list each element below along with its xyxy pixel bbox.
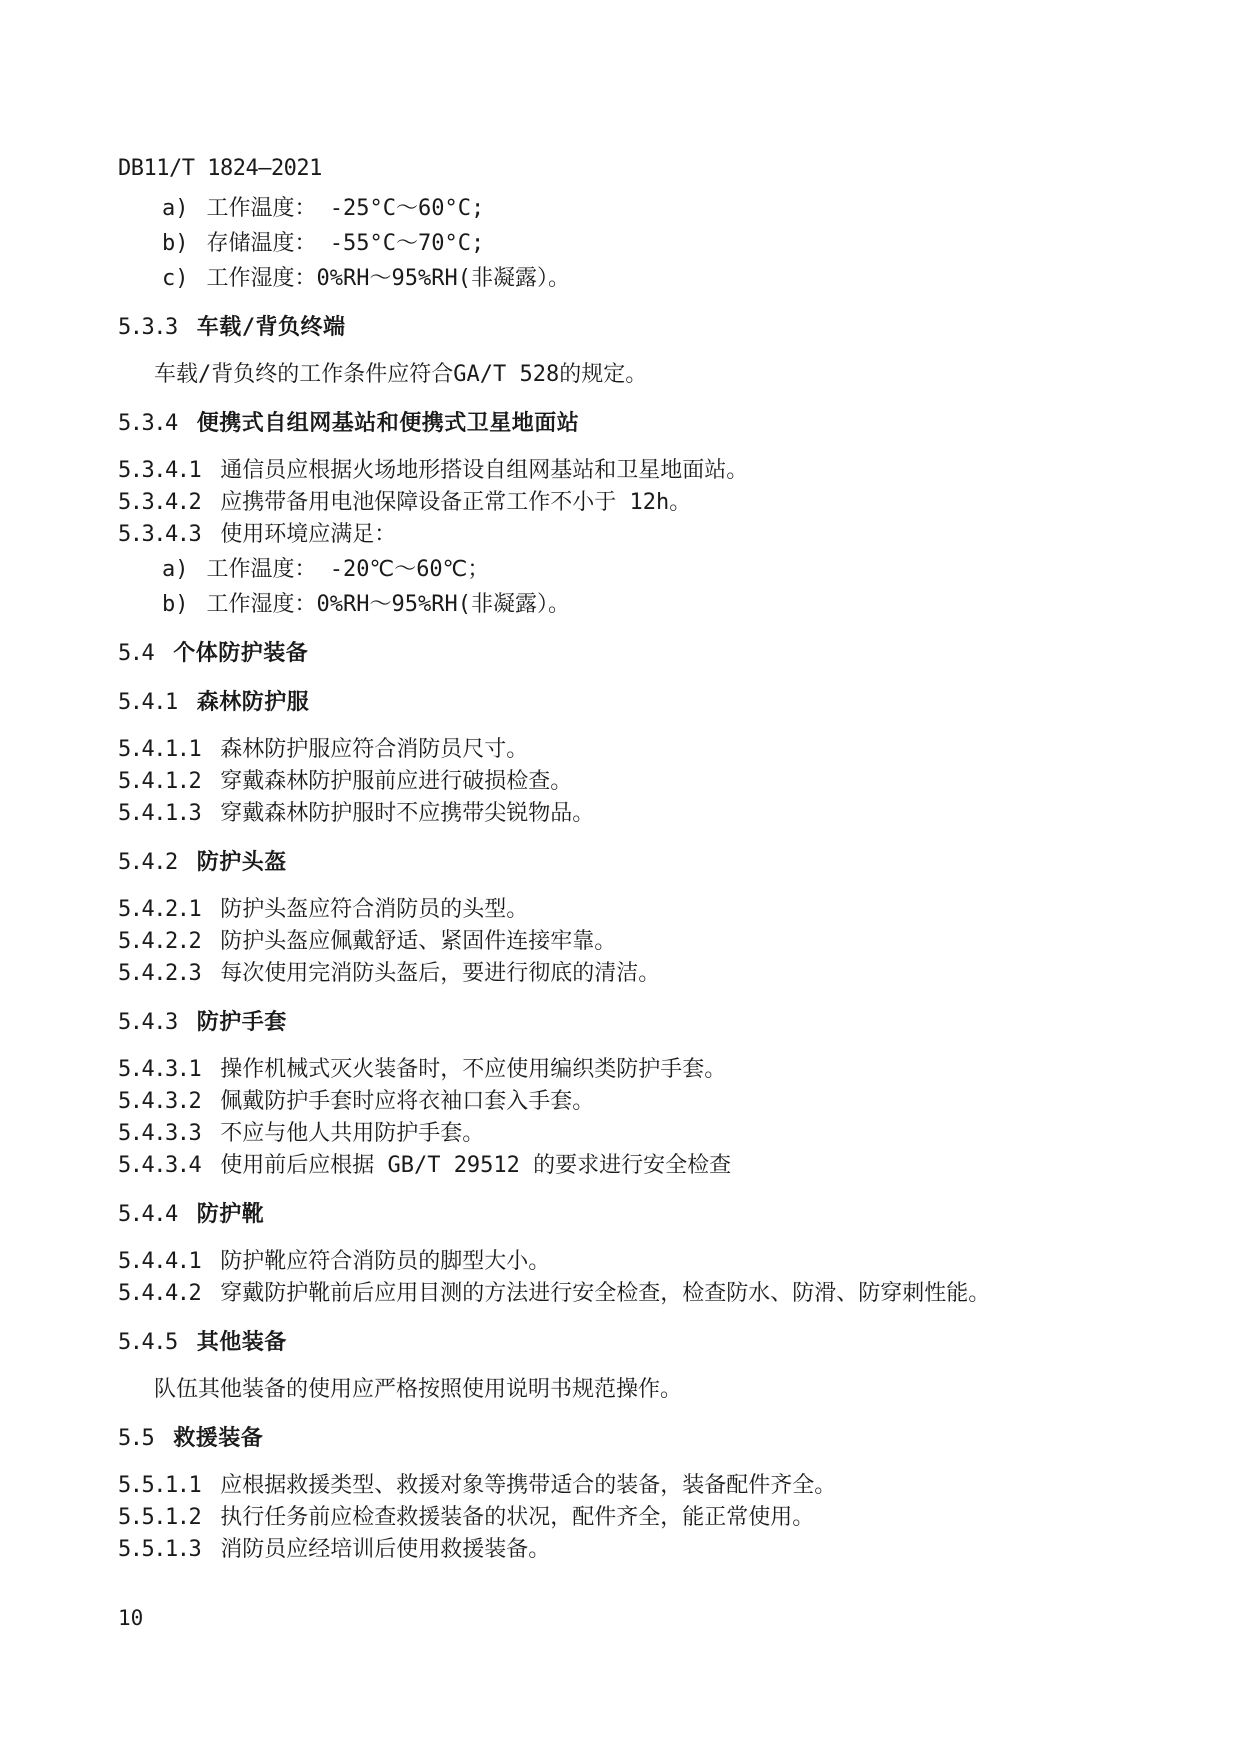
clause-text: 操作机械式灭火装备时，不应使用编织类防护手套。 xyxy=(220,1057,726,1082)
section-number: 5.4.3 xyxy=(118,1007,177,1039)
section-heading: 5.3.3车载/背负终端 xyxy=(118,312,1180,344)
clause-number: 5.4.3.3 xyxy=(118,1118,200,1150)
clause-text: 使用前后应根据 GB/T 29512 的要求进行安全检查 xyxy=(220,1153,731,1178)
section-number: 5.3.4 xyxy=(118,408,177,440)
clause-text: 应携带备用电池保障设备正常工作不小于 12h。 xyxy=(220,490,691,515)
section-number: 5.4.4 xyxy=(118,1199,177,1231)
clause-text: 每次使用完消防头盔后，要进行彻底的清洁。 xyxy=(220,961,660,986)
list-item: b)存储温度： -55°C～70°C; xyxy=(118,228,1180,260)
clause-text: 穿戴防护靴前后应用目测的方法进行安全检查，检查防水、防滑、防穿刺性能。 xyxy=(220,1281,990,1306)
clause-text: 防护头盔应符合消防员的头型。 xyxy=(220,897,528,922)
clause-line: 5.3.4.3使用环境应满足： xyxy=(118,519,1180,551)
clause-text: 通信员应根据火场地形搭设自组网基站和卫星地面站。 xyxy=(220,458,748,483)
clause-line: 5.4.4.1防护靴应符合消防员的脚型大小。 xyxy=(118,1246,1180,1278)
list-item-label: c) xyxy=(162,263,189,295)
section-title: 救援装备 xyxy=(173,1426,263,1451)
clause-number: 5.5.1.3 xyxy=(118,1534,200,1566)
list-item-text: 工作湿度：0%RH～95%RH(非凝露）。 xyxy=(207,592,570,617)
list-item-label: a) xyxy=(162,554,189,586)
clause-text: 消防员应经培训后使用救援装备。 xyxy=(220,1537,550,1562)
clause-number: 5.4.1.1 xyxy=(118,734,200,766)
section-heading: 5.4.1森林防护服 xyxy=(118,687,1180,719)
list-item-label: a) xyxy=(162,193,189,225)
section-number: 5.4 xyxy=(118,638,153,670)
section-number: 5.3.3 xyxy=(118,312,177,344)
section-heading: 5.4.2防护头盔 xyxy=(118,847,1180,879)
section-number: 5.4.5 xyxy=(118,1327,177,1359)
section-title: 防护头盔 xyxy=(197,850,287,875)
clause-text: 穿戴森林防护服时不应携带尖锐物品。 xyxy=(220,801,594,826)
section-heading: 5.3.4便携式自组网基站和便携式卫星地面站 xyxy=(118,408,1180,440)
clause-line: 5.4.2.3每次使用完消防头盔后，要进行彻底的清洁。 xyxy=(118,958,1180,990)
list-item-text: 工作温度： -25°C～60°C; xyxy=(207,196,485,221)
page-number: 10 xyxy=(118,1604,143,1632)
document-page: DB11/T 1824—2021 a)工作温度： -25°C～60°C;b)存储… xyxy=(0,0,1240,1755)
section-heading: 5.5救援装备 xyxy=(118,1423,1180,1455)
clause-line: 5.4.1.3穿戴森林防护服时不应携带尖锐物品。 xyxy=(118,798,1180,830)
list-item-text: 工作湿度：0%RH～95%RH(非凝露）。 xyxy=(207,266,570,291)
paragraph: 队伍其他装备的使用应严格按照使用说明书规范操作。 xyxy=(118,1374,1180,1406)
list-item-label: b) xyxy=(162,589,189,621)
list-item-label: b) xyxy=(162,228,189,260)
clause-number: 5.4.1.2 xyxy=(118,766,200,798)
clause-number: 5.4.4.1 xyxy=(118,1246,200,1278)
clause-text: 执行任务前应检查救援装备的状况，配件齐全，能正常使用。 xyxy=(220,1505,814,1530)
clause-line: 5.4.1.1森林防护服应符合消防员尺寸。 xyxy=(118,734,1180,766)
section-title: 个体防护装备 xyxy=(173,641,308,666)
clause-number: 5.4.3.1 xyxy=(118,1054,200,1086)
clause-line: 5.4.3.4使用前后应根据 GB/T 29512 的要求进行安全检查 xyxy=(118,1150,1180,1182)
list-item: a)工作温度： -25°C～60°C; xyxy=(118,193,1180,225)
section-heading: 5.4个体防护装备 xyxy=(118,638,1180,670)
clause-line: 5.4.3.1操作机械式灭火装备时，不应使用编织类防护手套。 xyxy=(118,1054,1180,1086)
paragraph: 车载/背负终的工作条件应符合GA/T 528的规定。 xyxy=(118,359,1180,391)
list-item: c)工作湿度：0%RH～95%RH(非凝露）。 xyxy=(118,263,1180,295)
clause-text: 穿戴森林防护服前应进行破损检查。 xyxy=(220,769,572,794)
clause-line: 5.5.1.2执行任务前应检查救援装备的状况，配件齐全，能正常使用。 xyxy=(118,1502,1180,1534)
clause-number: 5.4.3.2 xyxy=(118,1086,200,1118)
clause-number: 5.4.2.2 xyxy=(118,926,200,958)
clause-text: 不应与他人共用防护手套。 xyxy=(220,1121,484,1146)
clause-line: 5.5.1.3消防员应经培训后使用救援装备。 xyxy=(118,1534,1180,1566)
document-body: a)工作温度： -25°C～60°C;b)存储温度： -55°C～70°C;c)… xyxy=(118,193,1180,1566)
clause-text: 防护头盔应佩戴舒适、紧固件连接牢靠。 xyxy=(220,929,616,954)
section-heading: 5.4.5其他装备 xyxy=(118,1327,1180,1359)
section-title: 防护手套 xyxy=(197,1010,287,1035)
section-number: 5.4.2 xyxy=(118,847,177,879)
list-item-text: 工作温度： -20℃～60℃； xyxy=(207,557,490,582)
document-code: DB11/T 1824—2021 xyxy=(118,153,1180,185)
section-heading: 5.4.3防护手套 xyxy=(118,1007,1180,1039)
clause-line: 5.4.2.2防护头盔应佩戴舒适、紧固件连接牢靠。 xyxy=(118,926,1180,958)
section-title: 车载/背负终端 xyxy=(197,315,346,340)
section-title: 森林防护服 xyxy=(197,690,310,715)
clause-number: 5.3.4.3 xyxy=(118,519,200,551)
list-item: b)工作湿度：0%RH～95%RH(非凝露）。 xyxy=(118,589,1180,621)
clause-line: 5.4.4.2穿戴防护靴前后应用目测的方法进行安全检查，检查防水、防滑、防穿刺性… xyxy=(118,1278,1180,1310)
clause-number: 5.5.1.1 xyxy=(118,1470,200,1502)
section-title: 其他装备 xyxy=(197,1330,287,1355)
list-item-text: 存储温度： -55°C～70°C; xyxy=(207,231,485,256)
clause-number: 5.3.4.2 xyxy=(118,487,200,519)
clause-text: 森林防护服应符合消防员尺寸。 xyxy=(220,737,528,762)
clause-text: 防护靴应符合消防员的脚型大小。 xyxy=(220,1249,550,1274)
clause-line: 5.4.1.2穿戴森林防护服前应进行破损检查。 xyxy=(118,766,1180,798)
section-title: 便携式自组网基站和便携式卫星地面站 xyxy=(197,411,580,436)
list-item: a)工作温度： -20℃～60℃； xyxy=(118,554,1180,586)
clause-line: 5.4.3.3不应与他人共用防护手套。 xyxy=(118,1118,1180,1150)
clause-number: 5.3.4.1 xyxy=(118,455,200,487)
section-number: 5.4.1 xyxy=(118,687,177,719)
section-heading: 5.4.4防护靴 xyxy=(118,1199,1180,1231)
section-number: 5.5 xyxy=(118,1423,153,1455)
clause-number: 5.4.3.4 xyxy=(118,1150,200,1182)
clause-text: 应根据救援类型、救援对象等携带适合的装备，装备配件齐全。 xyxy=(220,1473,836,1498)
clause-line: 5.3.4.1通信员应根据火场地形搭设自组网基站和卫星地面站。 xyxy=(118,455,1180,487)
clause-text: 使用环境应满足： xyxy=(220,522,396,547)
clause-line: 5.5.1.1应根据救援类型、救援对象等携带适合的装备，装备配件齐全。 xyxy=(118,1470,1180,1502)
clause-number: 5.5.1.2 xyxy=(118,1502,200,1534)
clause-line: 5.4.3.2佩戴防护手套时应将衣袖口套入手套。 xyxy=(118,1086,1180,1118)
clause-number: 5.4.1.3 xyxy=(118,798,200,830)
clause-number: 5.4.4.2 xyxy=(118,1278,200,1310)
clause-text: 佩戴防护手套时应将衣袖口套入手套。 xyxy=(220,1089,594,1114)
clause-number: 5.4.2.3 xyxy=(118,958,200,990)
clause-line: 5.3.4.2应携带备用电池保障设备正常工作不小于 12h。 xyxy=(118,487,1180,519)
clause-line: 5.4.2.1防护头盔应符合消防员的头型。 xyxy=(118,894,1180,926)
section-title: 防护靴 xyxy=(197,1202,265,1227)
clause-number: 5.4.2.1 xyxy=(118,894,200,926)
